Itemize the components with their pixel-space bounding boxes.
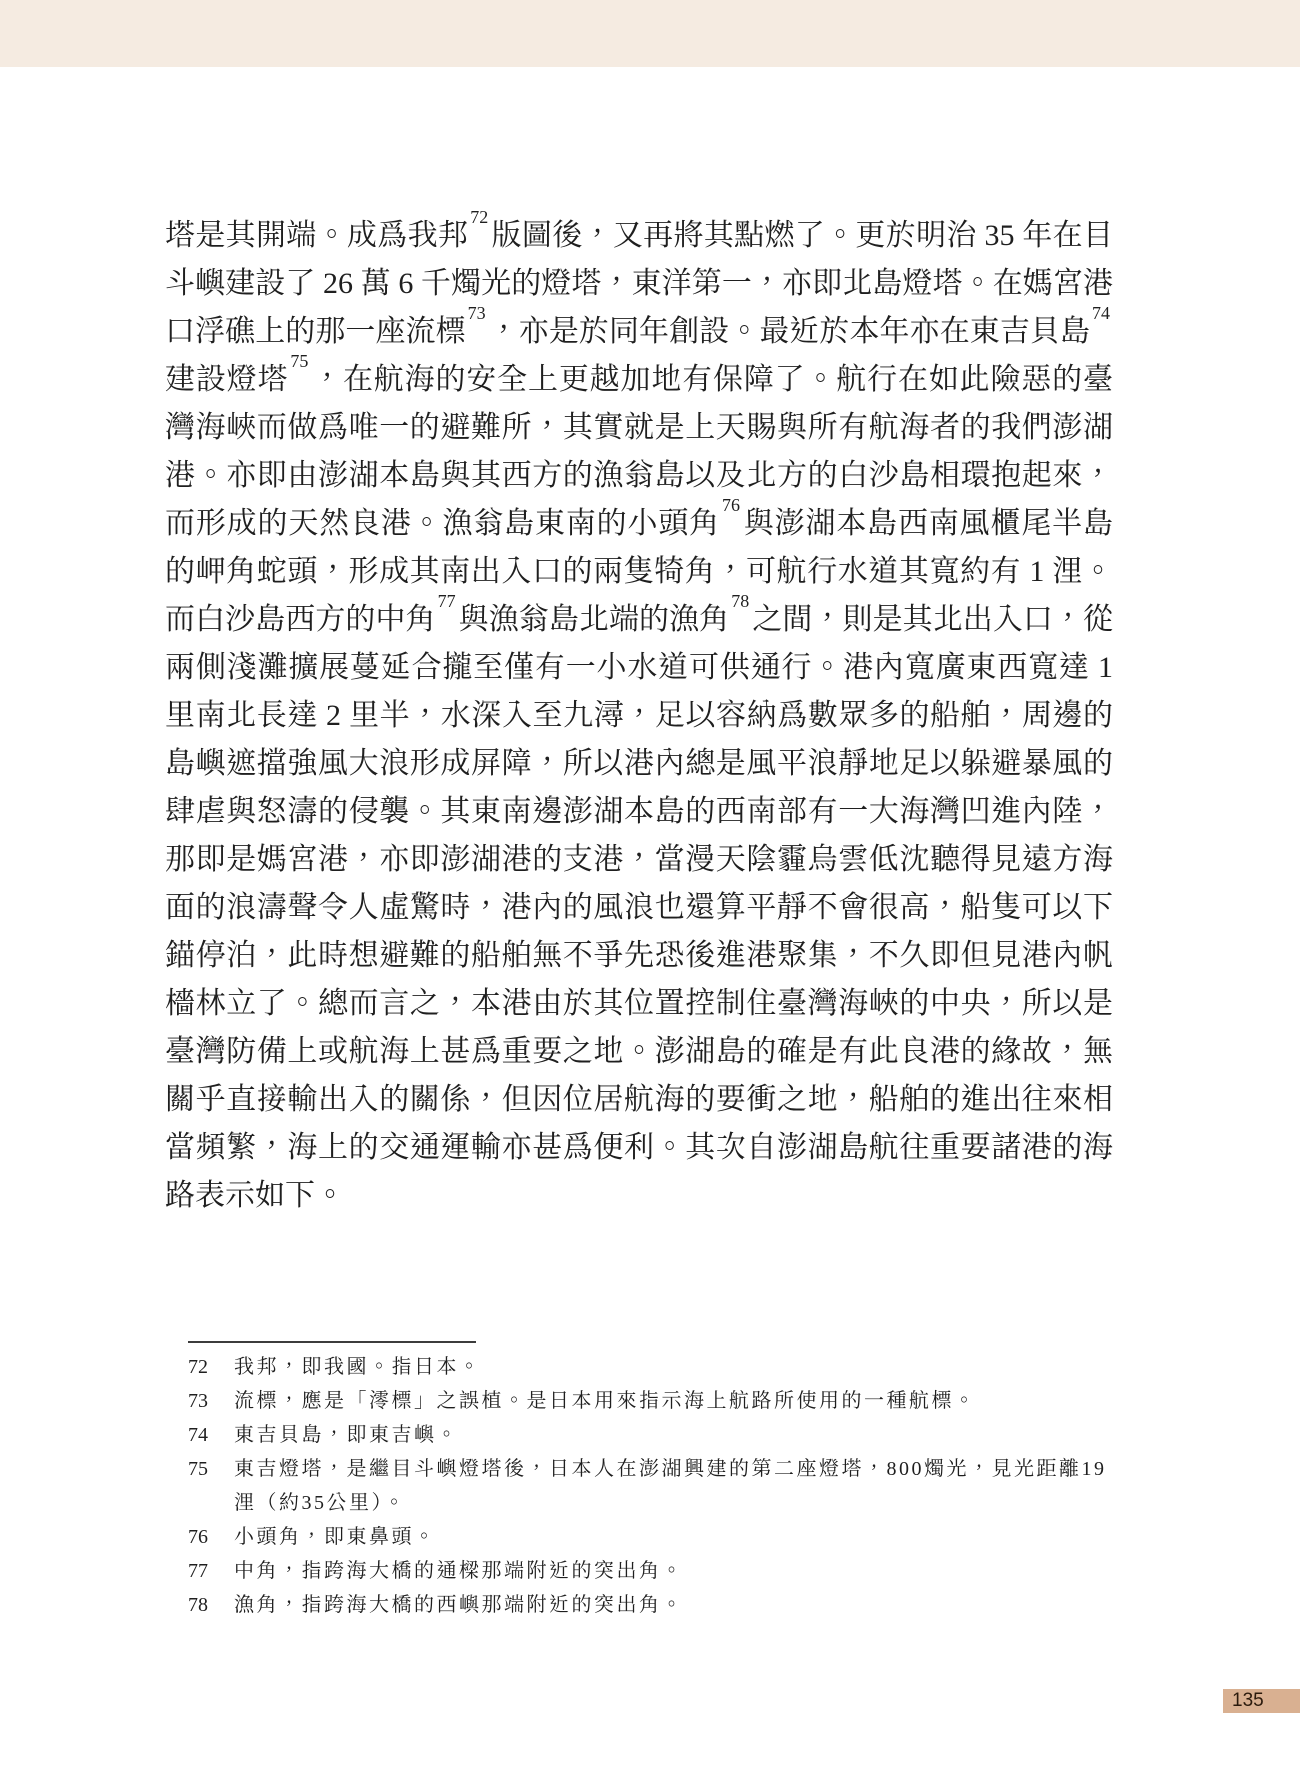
footnote-item: 76小頭角，即東鼻頭。 <box>188 1520 1113 1554</box>
body-text-segment: 塔是其開端。成爲我邦 <box>165 219 468 252</box>
footnote-item: 73流標，應是「澪標」之誤植。是日本用來指示海上航路所使用的一種航標。 <box>188 1384 1113 1418</box>
footnote-item: 72我邦，即我國。指日本。 <box>188 1350 1113 1384</box>
footnote-item: 77中角，指跨海大橋的通樑那端附近的突出角。 <box>188 1554 1113 1588</box>
page-number: 135 <box>1232 1690 1264 1711</box>
footnote-item: 78漁角，指跨海大橋的西嶼那端附近的突出角。 <box>188 1588 1113 1622</box>
footnote-text: 小頭角，即東鼻頭。 <box>234 1520 1113 1554</box>
top-border-band <box>0 0 1300 67</box>
footnote-number: 73 <box>188 1384 234 1418</box>
footnote-ref: 75 <box>290 351 308 371</box>
footnote-ref: 76 <box>722 495 740 515</box>
footnote-number: 76 <box>188 1520 234 1554</box>
footnote-ref: 73 <box>468 303 486 323</box>
footnote-text: 漁角，指跨海大橋的西嶼那端附近的突出角。 <box>234 1588 1113 1622</box>
footnote-number: 78 <box>188 1588 234 1622</box>
footnote-ref: 74 <box>1092 303 1110 323</box>
body-text-segment: 建設燈塔 <box>165 363 288 396</box>
footnote-ref: 72 <box>470 207 488 227</box>
footnote-ref: 78 <box>731 591 749 611</box>
footnote-text: 東吉貝島，即東吉嶼。 <box>234 1418 1113 1452</box>
footnote-number: 75 <box>188 1452 234 1486</box>
footnote-text: 東吉燈塔，是繼目斗嶼燈塔後，日本人在澎湖興建的第二座燈塔，800燭光，見光距離1… <box>234 1452 1113 1520</box>
footnote-number: 77 <box>188 1554 234 1588</box>
footnote-number: 74 <box>188 1418 234 1452</box>
body-text: 塔是其開端。成爲我邦72版圖後，又再將其點燃了。更於明治 35 年在目斗嶼建設了… <box>165 212 1113 1220</box>
footnote-text: 中角，指跨海大橋的通樑那端附近的突出角。 <box>234 1554 1113 1588</box>
footnote-text: 流標，應是「澪標」之誤植。是日本用來指示海上航路所使用的一種航標。 <box>234 1384 1113 1418</box>
page-number-badge: 135 <box>1223 1689 1300 1713</box>
body-text-segment: 與漁翁島北端的漁角 <box>459 603 730 636</box>
footnote-list: 72我邦，即我國。指日本。73流標，應是「澪標」之誤植。是日本用來指示海上航路所… <box>188 1350 1113 1622</box>
footnote-item: 75東吉燈塔，是繼目斗嶼燈塔後，日本人在澎湖興建的第二座燈塔，800燭光，見光距… <box>188 1452 1113 1520</box>
book-page: { "page": { "number": "135" }, "colors":… <box>0 0 1300 1778</box>
body-text-segment: ，亦是於同年創設。最近於本年亦在東吉貝島 <box>489 315 1090 348</box>
footnote-separator <box>188 1341 476 1343</box>
body-text-segment: 之間，則是其北出入口，從兩側淺灘擴展蔓延合攏至僅有一小水道可供通行。港內寬廣東西… <box>165 603 1113 1212</box>
footnote-number: 72 <box>188 1350 234 1384</box>
footnote-text: 我邦，即我國。指日本。 <box>234 1350 1113 1384</box>
footnote-item: 74東吉貝島，即東吉嶼。 <box>188 1418 1113 1452</box>
footnote-ref: 77 <box>438 591 456 611</box>
